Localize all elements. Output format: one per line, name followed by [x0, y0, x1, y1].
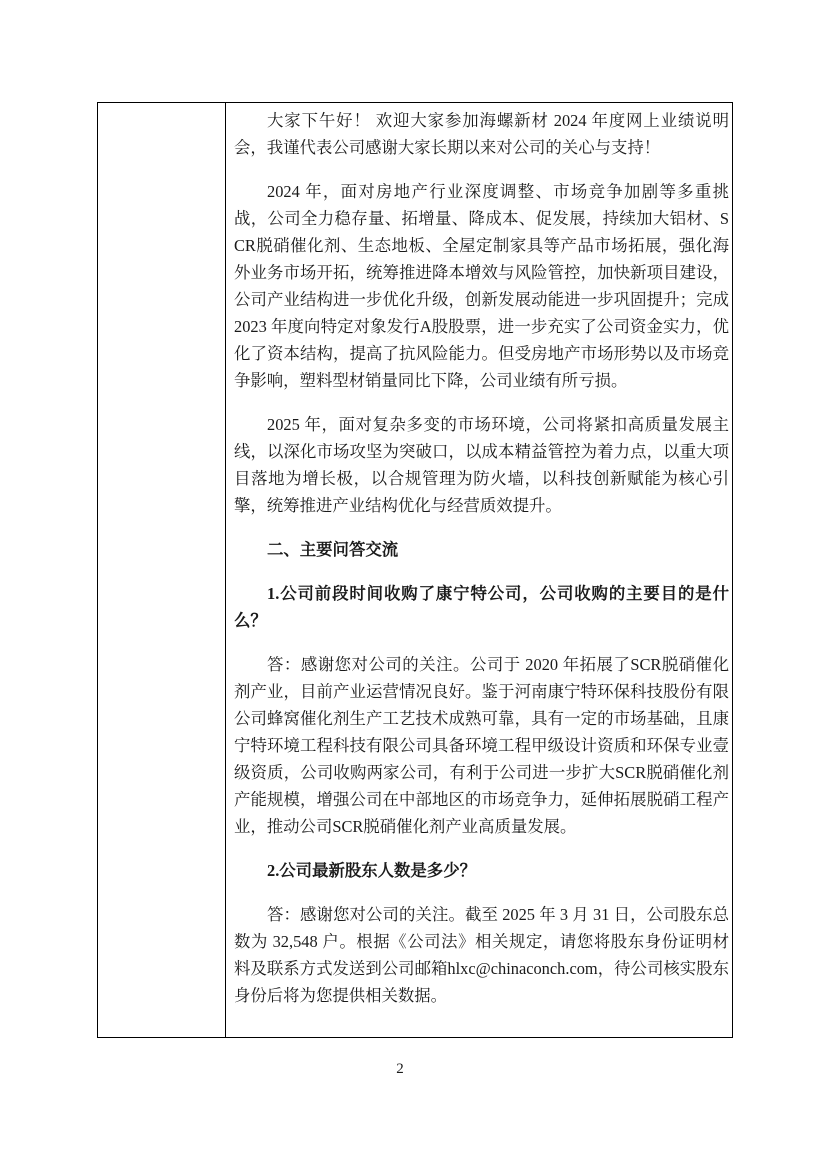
review-2024-paragraph: 2024 年，面对房地产行业深度调整、市场竞争加剧等多重挑战，公司全力稳存量、拓…	[234, 178, 729, 394]
content-table: 大家下午好！ 欢迎大家参加海螺新材 2024 年度网上业绩说明会，我谨代表公司感…	[97, 102, 733, 1038]
page-number: 2	[0, 1059, 800, 1079]
answer-2: 答：感谢您对公司的关注。截至 2025 年 3 月 31 日，公司股东总数为 3…	[234, 901, 729, 1009]
opening-greeting-paragraph: 大家下午好！ 欢迎大家参加海螺新材 2024 年度网上业绩说明会，我谨代表公司感…	[234, 107, 729, 161]
outlook-2025-paragraph: 2025 年，面对复杂多变的市场环境，公司将紧扣高质量发展主线，以深化市场攻坚为…	[234, 411, 729, 519]
table-content-cell: 大家下午好！ 欢迎大家参加海螺新材 2024 年度网上业绩说明会，我谨代表公司感…	[226, 103, 732, 1037]
answer-1: 答：感谢您对公司的关注。公司于 2020 年拓展了SCR脱硝催化剂产业，目前产业…	[234, 651, 729, 840]
document-page: 大家下午好！ 欢迎大家参加海螺新材 2024 年度网上业绩说明会，我谨代表公司感…	[0, 0, 827, 1169]
table-left-cell-empty	[98, 103, 226, 1037]
question-1: 1.公司前段时间收购了康宁特公司，公司收购的主要目的是什么？	[234, 580, 729, 634]
qa-section-heading: 二、主要问答交流	[234, 536, 729, 563]
question-2: 2.公司最新股东人数是多少？	[234, 857, 729, 884]
